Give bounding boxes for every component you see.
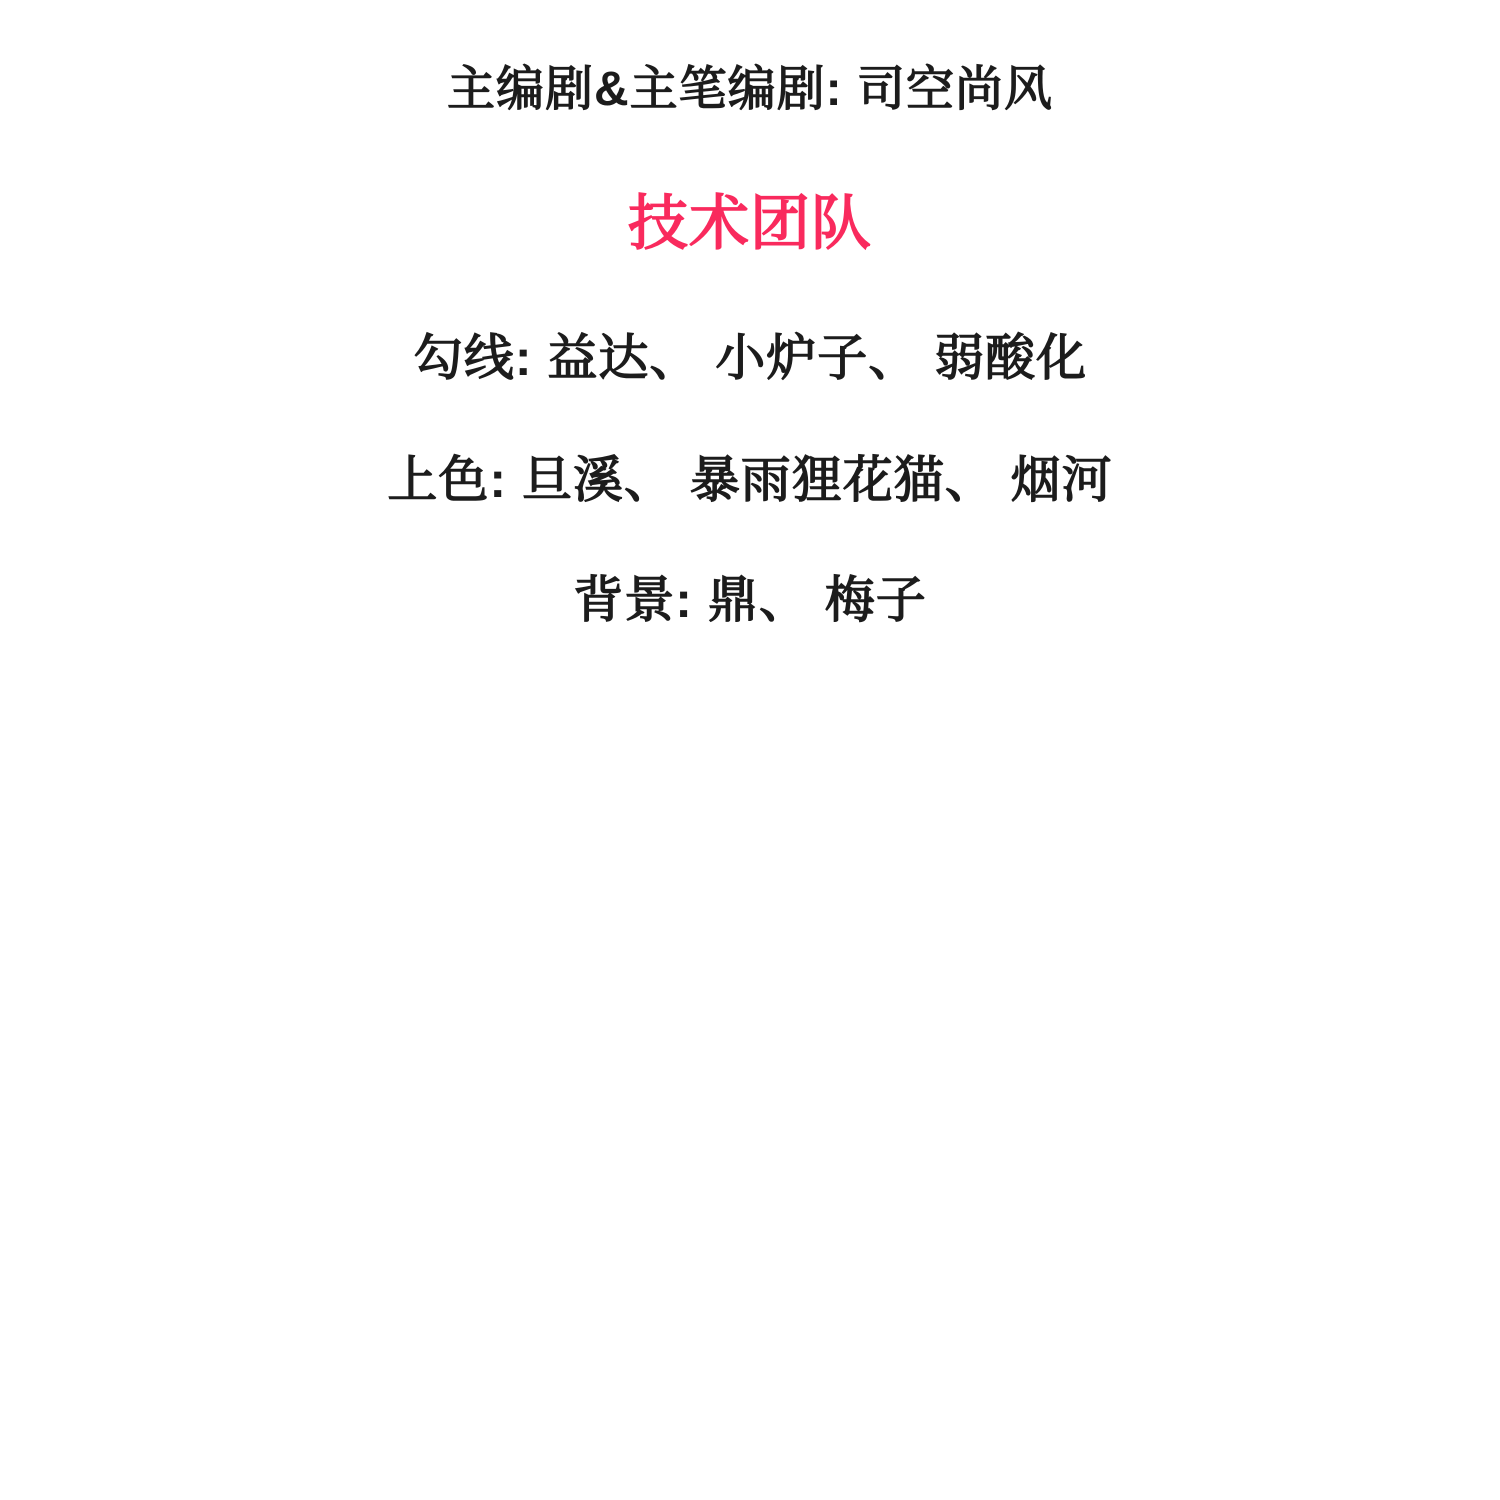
credits-page: 主编剧&主笔编剧: 司空尚风 技术团队 勾线: 益达、 小炉子、 弱酸化 上色:… xyxy=(0,0,1500,1500)
coloring-credit-line: 上色: 旦溪、 暴雨狸花猫、 烟河 xyxy=(0,453,1500,507)
tech-team-section-title: 技术团队 xyxy=(0,192,1500,257)
background-credit-line: 背景: 鼎、 梅子 xyxy=(0,573,1500,627)
lineart-credit-line: 勾线: 益达、 小炉子、 弱酸化 xyxy=(0,331,1500,385)
head-writer-credit-line: 主编剧&主笔编剧: 司空尚风 xyxy=(0,0,1500,116)
